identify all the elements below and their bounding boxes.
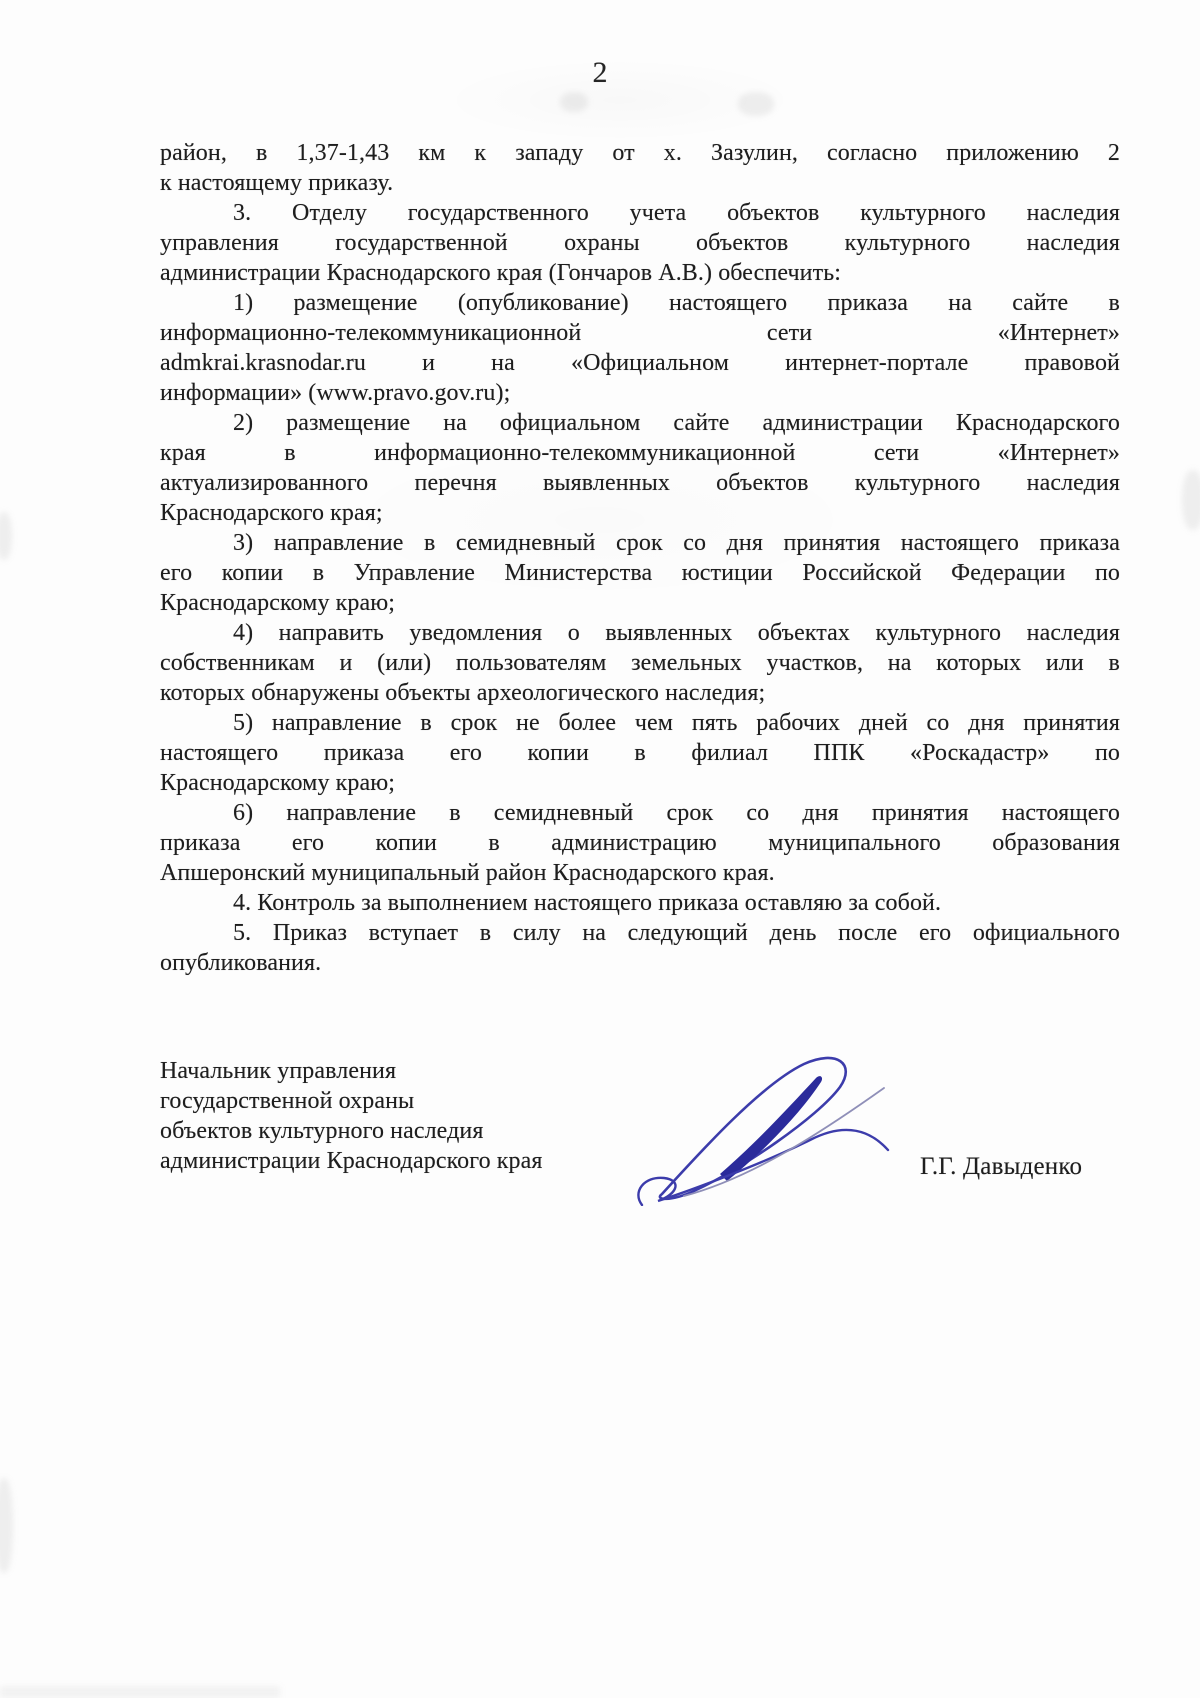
scan-artifact	[0, 1478, 13, 1573]
signature-ink	[632, 1054, 890, 1206]
text-line: края в информационно-телекоммуникационно…	[160, 438, 1120, 468]
text-line: 5. Приказ вступает в силу на следующий д…	[160, 918, 1120, 948]
paragraph: район, в 1,37-1,43 км к западу от х. Заз…	[160, 138, 1120, 198]
document-body: район, в 1,37-1,43 км к западу от х. Заз…	[160, 138, 1120, 978]
scan-artifact	[0, 1686, 280, 1698]
document-page: 2 район, в 1,37-1,43 км к западу от х. З…	[0, 0, 1200, 1698]
paragraph: 4. Контроль за выполнением настоящего пр…	[160, 888, 1120, 918]
scan-artifact	[560, 92, 588, 112]
scan-artifact	[0, 512, 12, 560]
scan-artifact	[738, 92, 774, 116]
paragraph: 5. Приказ вступает в силу на следующий д…	[160, 918, 1120, 978]
paragraph: 5) направление в срок не более чем пять …	[160, 708, 1120, 798]
paragraph: 2) размещение на официальном сайте админ…	[160, 408, 1120, 528]
text-line: информации» (www.pravo.gov.ru);	[160, 378, 1120, 408]
paragraph: 3) направление в семидневный срок со дня…	[160, 528, 1120, 618]
text-line: информационно-телекоммуникационной сети …	[160, 318, 1120, 348]
text-line: его копии в Управление Министерства юсти…	[160, 558, 1120, 588]
text-line: район, в 1,37-1,43 км к западу от х. Заз…	[160, 138, 1120, 168]
text-line: 4) направить уведомления о выявленных об…	[160, 618, 1120, 648]
paragraph: 3. Отделу государственного учета объекто…	[160, 198, 1120, 288]
text-line: актуализированного перечня выявленных об…	[160, 468, 1120, 498]
text-line: admkrai.krasnodar.ru и на «Официальном и…	[160, 348, 1120, 378]
signature-stroke-wedge	[720, 1076, 822, 1181]
text-line: настоящего приказа его копии в филиал ПП…	[160, 738, 1120, 768]
paragraph: 1) размещение (опубликование) настоящего…	[160, 288, 1120, 408]
text-line: приказа его копии в администрацию муници…	[160, 828, 1120, 858]
text-line: собственникам и (или) пользователям земе…	[160, 648, 1120, 678]
text-line: 6) направление в семидневный срок со дня…	[160, 798, 1120, 828]
text-line: 1) размещение (опубликование) настоящего…	[160, 288, 1120, 318]
text-line: Апшеронский муниципальный район Краснода…	[160, 858, 1120, 888]
text-line: Краснодарского края;	[160, 498, 1120, 528]
scan-artifact	[1182, 470, 1200, 530]
text-line: Краснодарскому краю;	[160, 588, 1120, 618]
text-line: 4. Контроль за выполнением настоящего пр…	[160, 888, 1120, 918]
text-line: которых обнаружены объекты археологическ…	[160, 678, 1120, 708]
paragraph: 6) направление в семидневный срок со дня…	[160, 798, 1120, 888]
signer-name: Г.Г. Давыденко	[920, 1152, 1082, 1182]
page-number: 2	[0, 56, 1200, 90]
text-line: 3) направление в семидневный срок со дня…	[160, 528, 1120, 558]
text-line: 2) размещение на официальном сайте админ…	[160, 408, 1120, 438]
text-line: Краснодарскому краю;	[160, 768, 1120, 798]
text-line: 3. Отделу государственного учета объекто…	[160, 198, 1120, 228]
text-line: опубликования.	[160, 948, 1120, 978]
text-line: администрации Краснодарского края (Гонча…	[160, 258, 1120, 288]
text-line: к настоящему приказу.	[160, 168, 1120, 198]
text-line: 5) направление в срок не более чем пять …	[160, 708, 1120, 738]
paragraph: 4) направить уведомления о выявленных об…	[160, 618, 1120, 708]
text-line: управления государственной охраны объект…	[160, 228, 1120, 258]
